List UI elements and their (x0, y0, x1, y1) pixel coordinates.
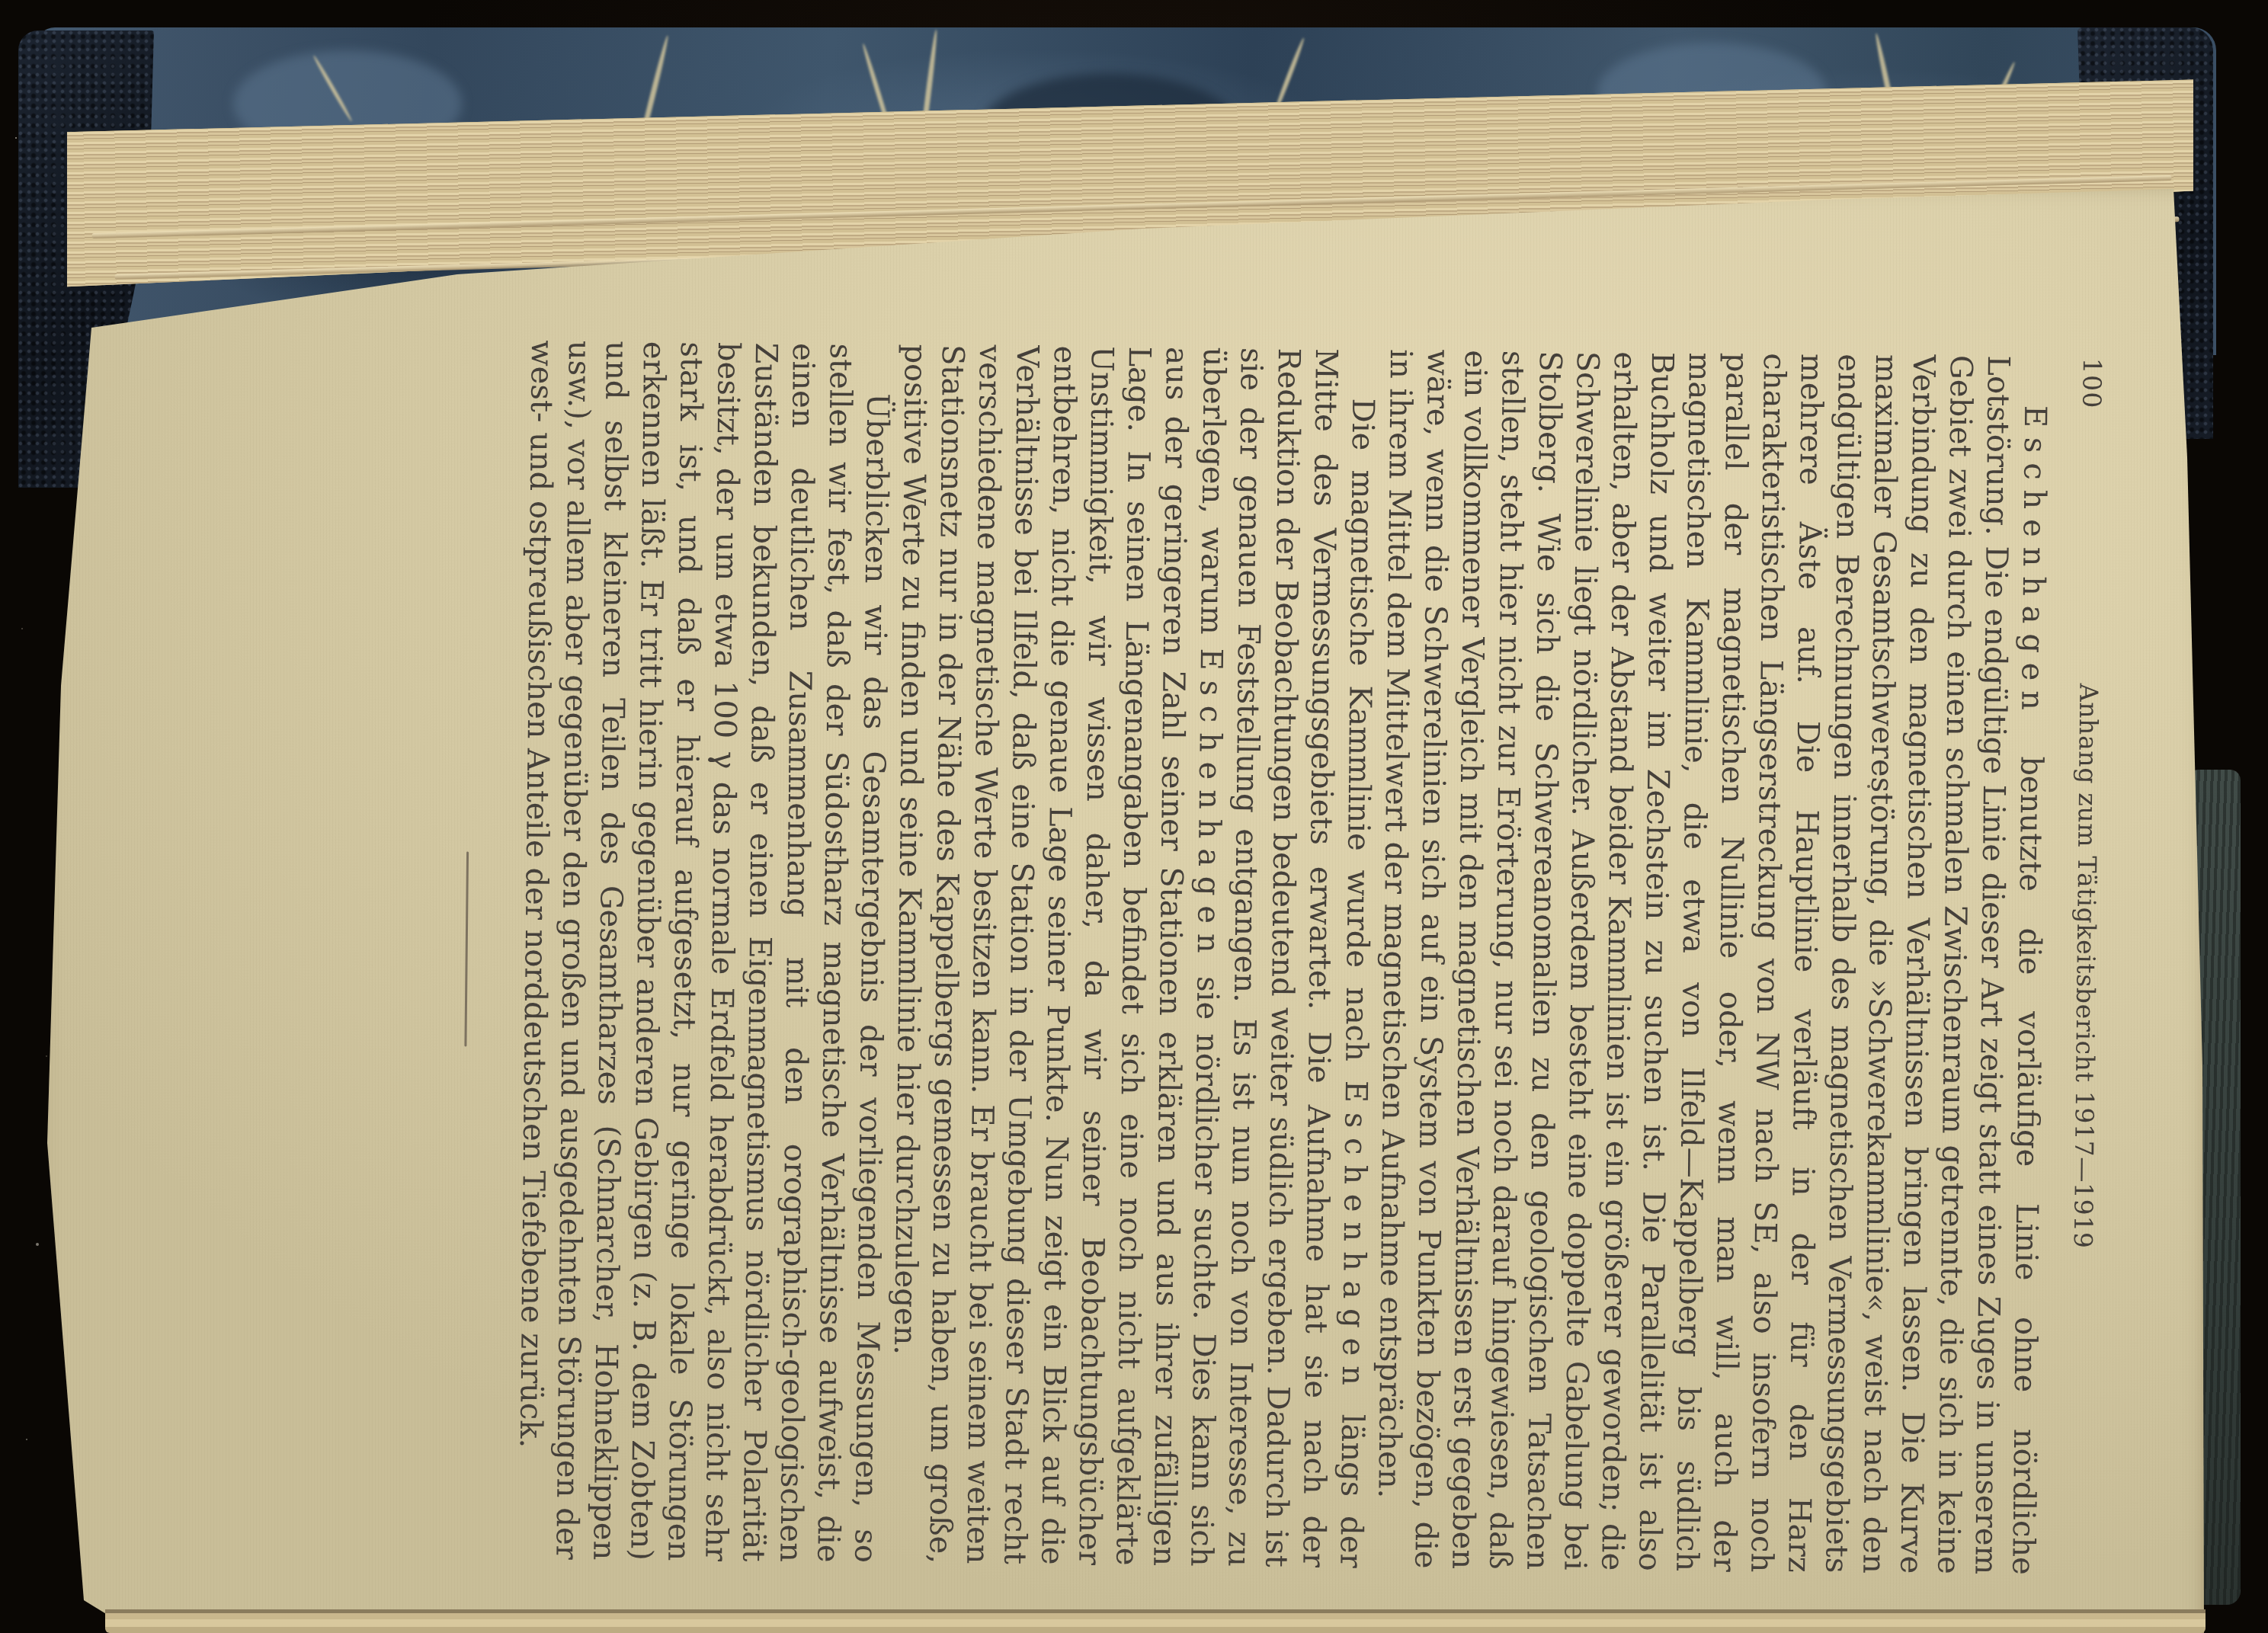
page-number: 100 (2073, 357, 2111, 408)
paragraph: Die magnetische Kammlinie wurde nach Esc… (883, 344, 1382, 1568)
section-end-rule (464, 851, 469, 1046)
paragraph: Überblicken wir das Gesamtergebnis der v… (510, 340, 896, 1563)
text-block: 100 Anhang zum Tätigkeitsbericht 1917—19… (338, 338, 2111, 1576)
running-header-title: Anhang zum Tätigkeitsbericht 1917—1919 (2068, 684, 2104, 1249)
paragraph: Eschenhagen benutzte die vorläufige Lini… (1369, 349, 2054, 1575)
photographed-book-scene: 100 Anhang zum Tätigkeitsbericht 1917—19… (0, 0, 2268, 1633)
page-edge-bottom (105, 1609, 2206, 1633)
dust-specks (15, 137, 17, 139)
body-paragraphs: Eschenhagen benutzte die vorläufige Lini… (510, 340, 2054, 1575)
